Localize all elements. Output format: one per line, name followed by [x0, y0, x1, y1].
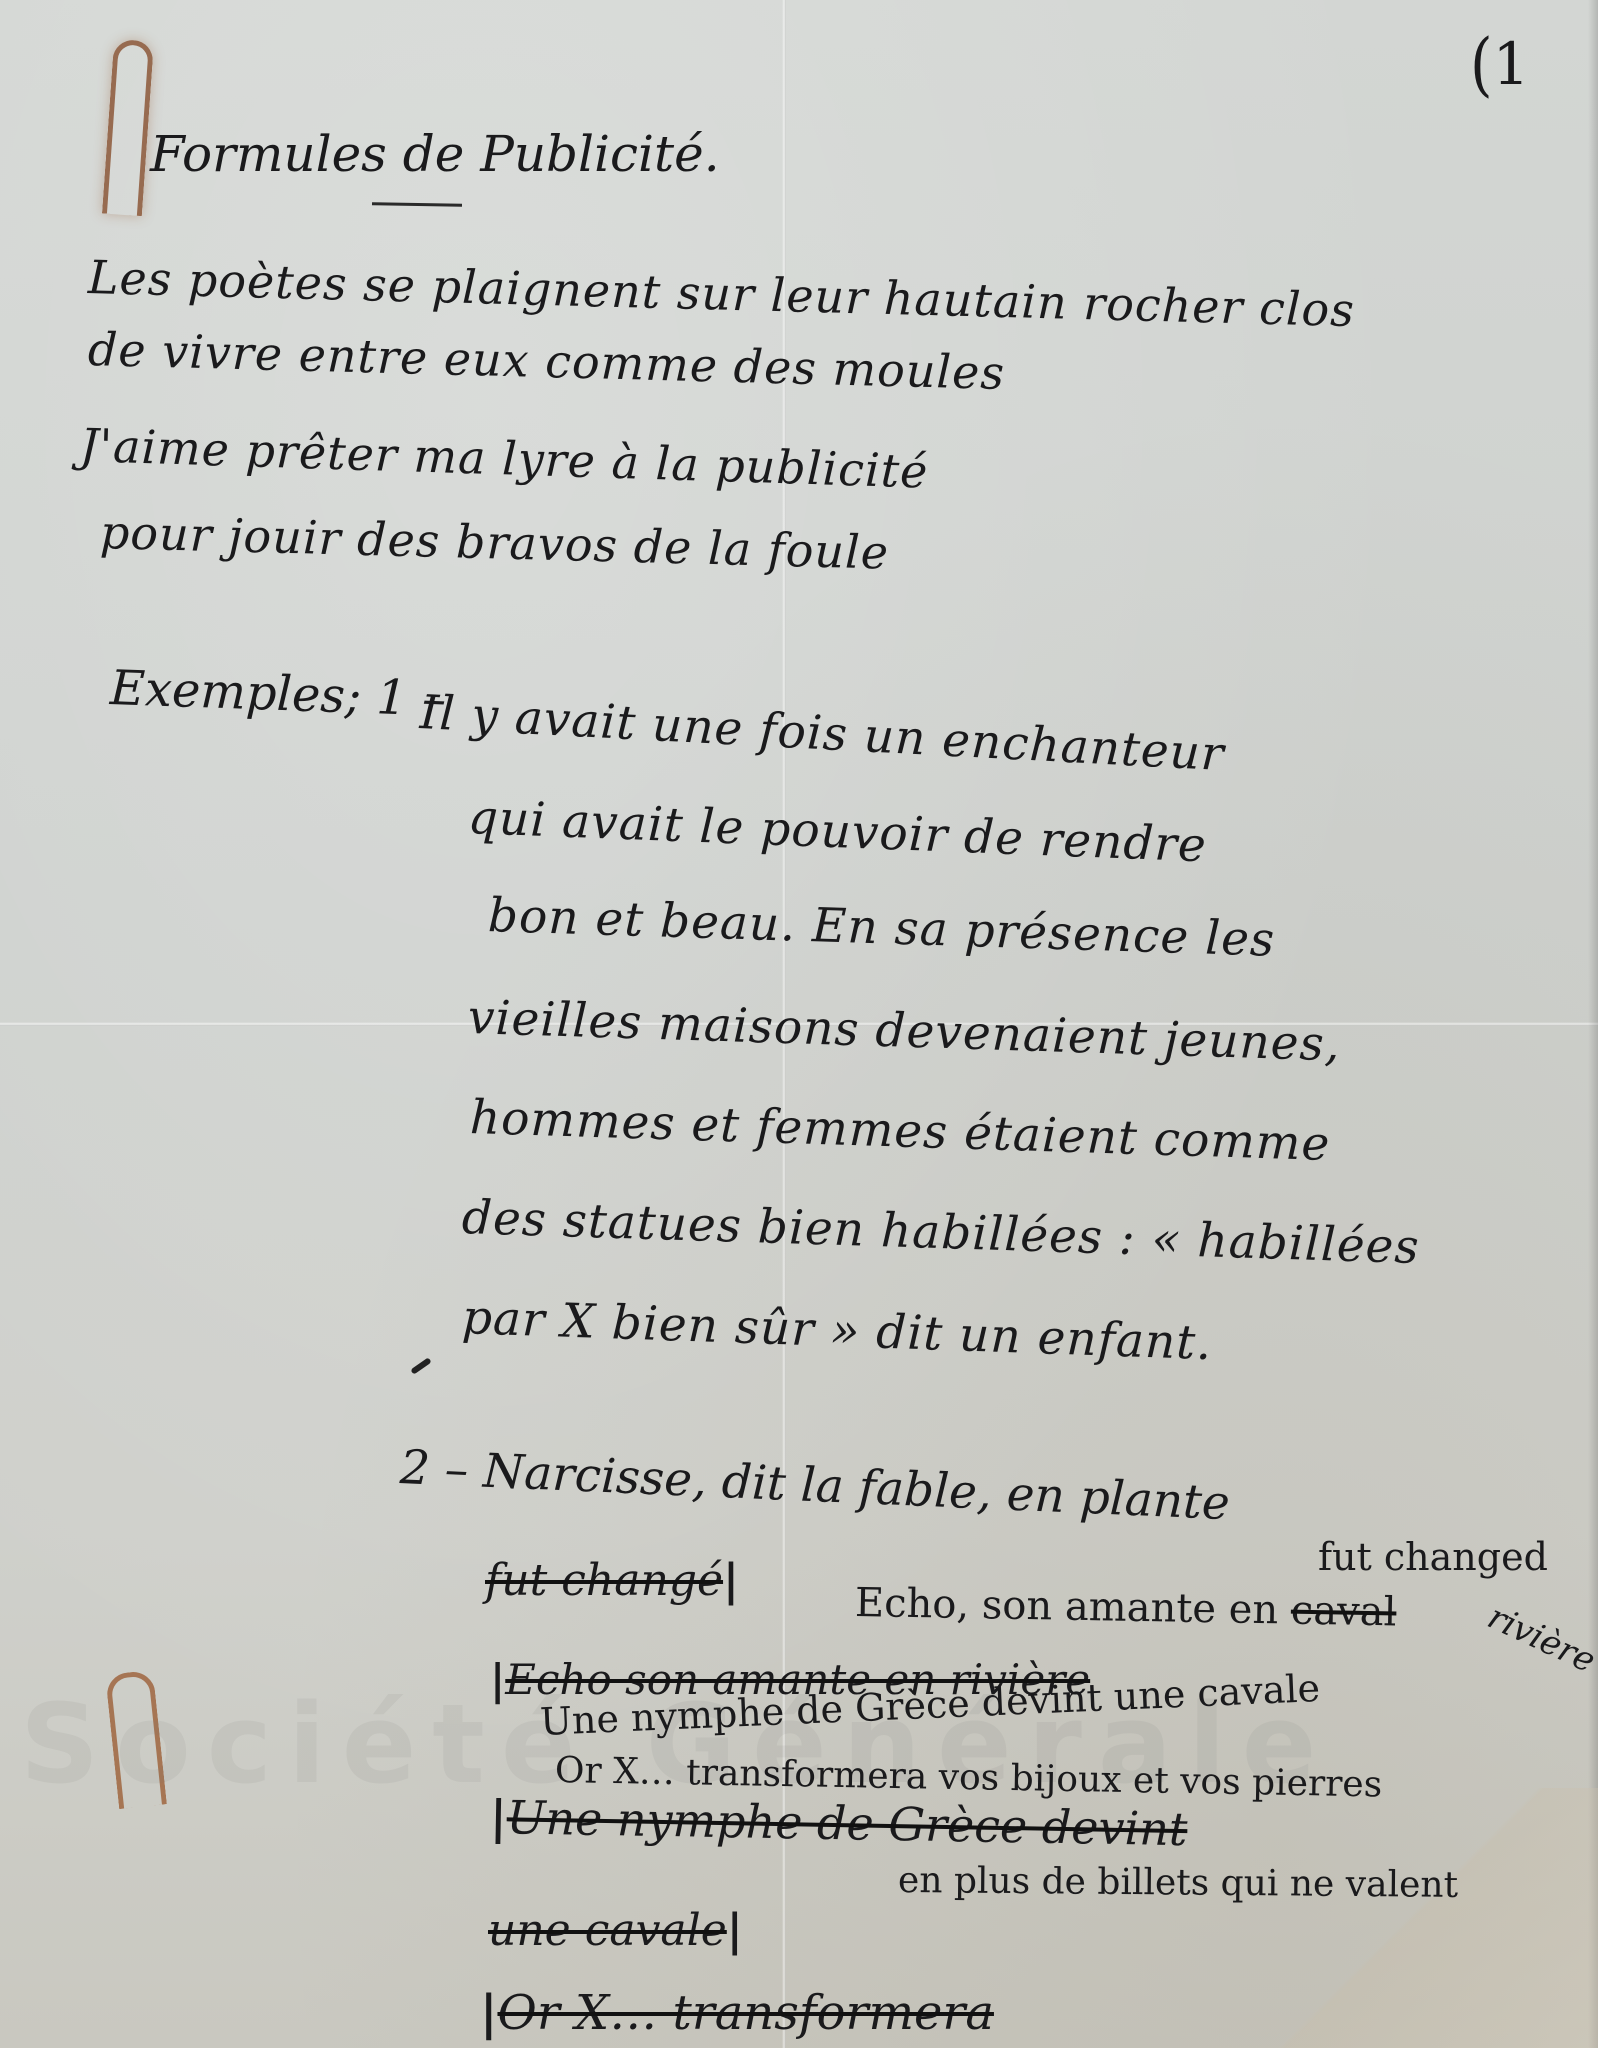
revision-line-8: |Or X… transformera — [480, 1985, 994, 2041]
struck-nymph-line: Une nymphe de Grèce devint — [506, 1790, 1188, 1856]
examples-heading: Exemples; — [109, 660, 362, 725]
insertion-bar-3: | — [490, 1790, 508, 1844]
riviere-word: rivière — [1482, 1597, 1598, 1681]
inserted-fut-changed: fut changed — [1318, 1535, 1548, 1579]
title-underline — [372, 202, 462, 207]
revision-line-1: fut changé| — [485, 1555, 739, 1606]
example-1-line-2: qui avait le pouvoir de rendre — [467, 790, 1208, 873]
struck-or-x: Or X… transformera — [497, 1985, 993, 2041]
revision-echo-line: Echo, son amante en caval — [855, 1580, 1397, 1635]
example-1-line-5: hommes et femmes étaient comme — [469, 1090, 1331, 1172]
paper-edge-shadow — [1588, 0, 1598, 2048]
echo-text: Echo, son amante en — [855, 1580, 1279, 1633]
verse-line-4: pour jouir des bravos de la foule — [99, 505, 889, 580]
example-1-line-7: par X bien sûr » dit un enfant. — [461, 1290, 1213, 1371]
example-2-first-line: 2 – Narcisse, dit la fable, en plante — [399, 1440, 1231, 1531]
billets-line: en plus de billets qui ne valent — [898, 1860, 1458, 1906]
insertion-bar-4: | — [727, 1905, 743, 1956]
example-2-number: 2 – — [399, 1440, 470, 1498]
insertion-bar-2: | — [490, 1655, 505, 1704]
document-title: Formules de Publicité. — [150, 125, 720, 183]
manuscript-page: Société Générale (1 Formules de Publicit… — [0, 0, 1598, 2048]
page-number: (1 — [1470, 30, 1530, 98]
example-2-text: Narcisse, dit la fable, en plante — [482, 1444, 1231, 1532]
revision-line-5: |Une nymphe de Grèce devint — [490, 1790, 1188, 1856]
struck-fut-change: fut changé — [485, 1555, 723, 1606]
insertion-bar-5: | — [480, 1985, 497, 2041]
paperclip-rust-mark-top — [102, 39, 154, 216]
page-number-bracket: ( — [1470, 23, 1493, 105]
example-1-line-6: des statues bien habillées : « habillées — [461, 1190, 1420, 1275]
page-number-value: 1 — [1493, 30, 1530, 98]
revision-line-7: une cavale| — [488, 1905, 743, 1956]
example-1-line-1: Il y avait une fois un enchanteur — [419, 685, 1226, 782]
verse-line-3: J'aime prêter ma lyre à la publicité — [79, 418, 929, 499]
verse-line-2: de vivre entre eux comme des moules — [87, 322, 1005, 400]
examples-label: Exemples; 1 – — [109, 660, 447, 728]
example-1-line-3: bon et beau. En sa présence les — [487, 888, 1276, 968]
verse-line-1: Les poètes se plaignent sur leur hautain… — [87, 250, 1355, 337]
example-1-line-4: vieilles maisons devenaient jeunes, — [467, 990, 1341, 1072]
struck-cavale: une cavale — [488, 1905, 727, 1956]
corner-fold-shadow — [1218, 1788, 1598, 2048]
insertion-bar: | — [723, 1555, 739, 1606]
struck-caval: caval — [1291, 1588, 1397, 1636]
stray-ink-mark — [410, 1357, 431, 1375]
